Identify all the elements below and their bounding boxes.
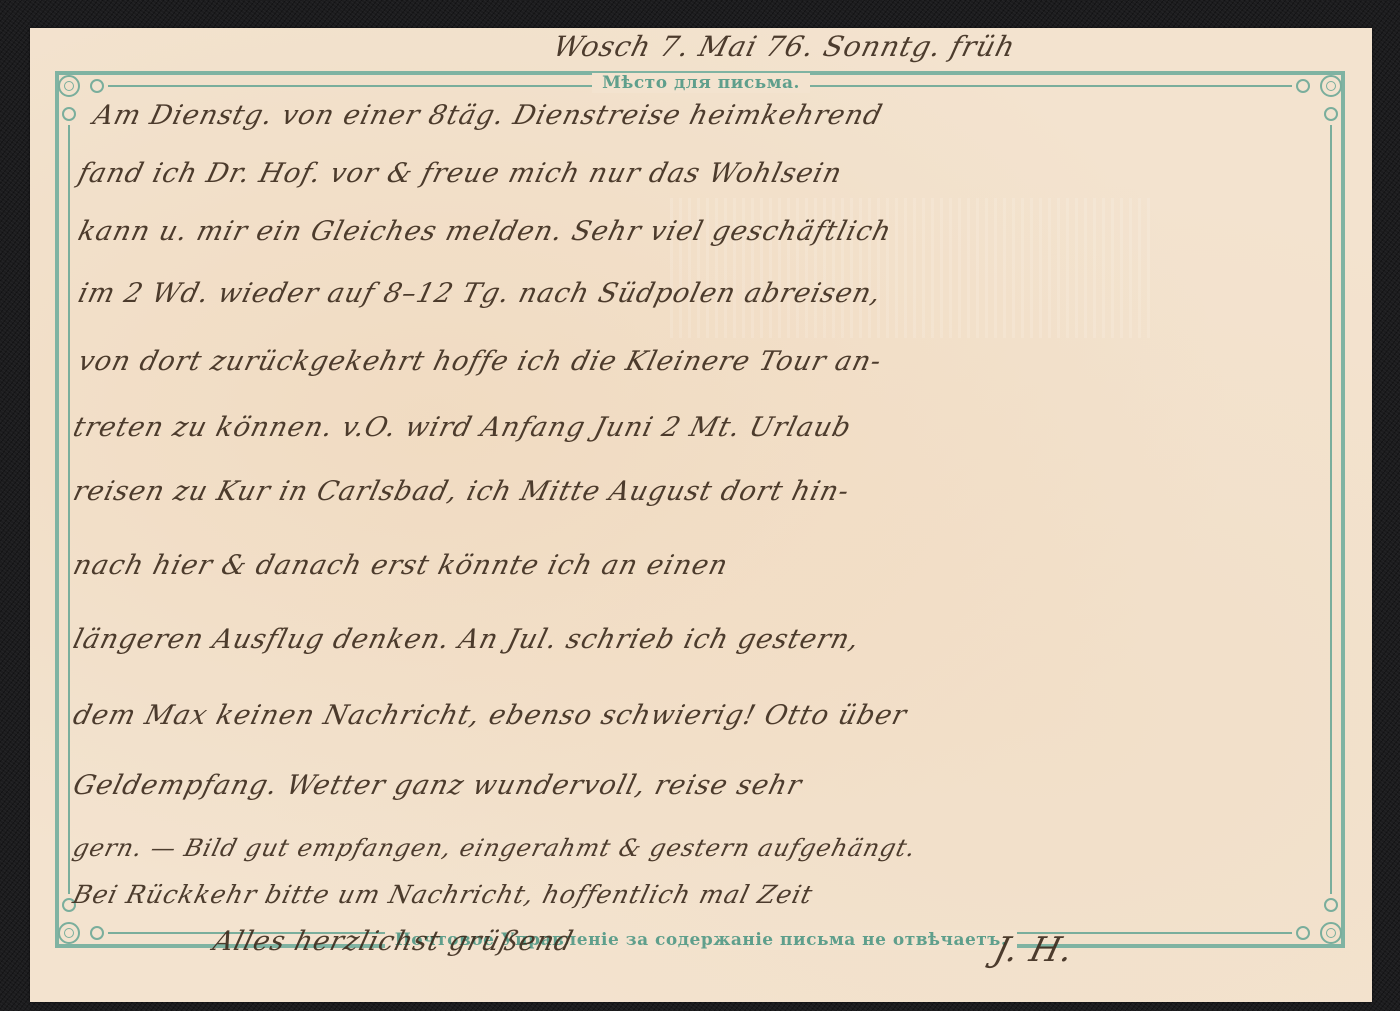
handwritten-line: Geldempfang. Wetter ganz wundervoll, rei…	[70, 770, 805, 801]
handwritten-line: von dort zurückgekehrt hoffe ich die Kle…	[75, 346, 885, 377]
corner-ring-icon	[1324, 107, 1338, 121]
handwritten-line: reisen zu Kur in Carlsbad, ich Mitte Aug…	[70, 476, 853, 507]
handwritten-signature: J. H.	[990, 930, 1078, 970]
handwritten-line: fand ich Dr. Hof. vor & freue mich nur d…	[75, 158, 845, 189]
handwritten-closing: Alles herzlichst grüßend	[210, 926, 577, 957]
frame-rule-right	[1330, 125, 1332, 894]
handwritten-line: dem Max keinen Nachricht, ebenso schwier…	[70, 700, 910, 731]
handwritten-line: nach hier & danach erst könnte ich an ei…	[70, 550, 732, 581]
handwritten-dateline: Wosch 7. Mai 76. Sonntg. früh	[550, 30, 1019, 63]
corner-ring-icon	[62, 107, 76, 121]
handwritten-line: gern. — Bild gut empfangen, eingerahmt &…	[70, 834, 919, 862]
handwritten-line: Am Dienstg. von einer 8täg. Dienstreise …	[90, 100, 886, 131]
handwritten-line: im 2 Wd. wieder auf 8–12 Tg. nach Südpol…	[75, 278, 885, 309]
printed-header: Мѣсто для письма.	[30, 73, 1372, 93]
handwritten-line: treten zu können. v.O. wird Anfang Juni …	[70, 412, 855, 443]
frame-rule-left	[68, 125, 70, 894]
postal-card: Мѣсто для письма. Почтовое Управленіе за…	[30, 28, 1372, 1002]
handwritten-line: längeren Ausflug denken. An Jul. schrieb…	[70, 624, 863, 655]
handwritten-line: Bei Rückkehr bitte um Nachricht, hoffent…	[70, 880, 816, 909]
handwritten-line: kann u. mir ein Gleiches melden. Sehr vi…	[75, 216, 895, 247]
printed-frame-inner	[68, 85, 1332, 934]
corner-ring-icon	[1324, 898, 1338, 912]
